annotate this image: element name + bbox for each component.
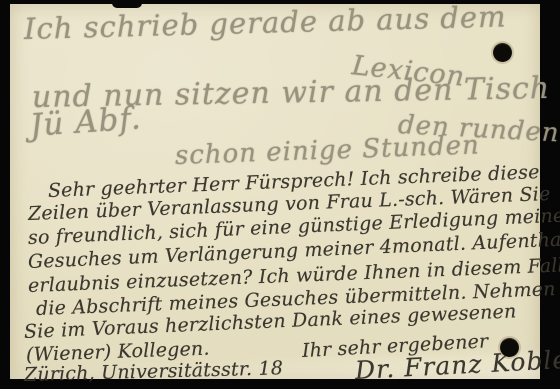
scan-background: Ich schrieb gerade ab aus dem Lexicon un… [0,0,560,389]
paper-notch [112,0,142,8]
punch-hole-bottom [500,338,519,357]
pencil-line-1: Ich schrieb gerade ab aus dem [24,0,507,46]
letter-paper: Ich schrieb gerade ab aus dem Lexicon un… [10,4,540,379]
pencil-line-4-left: Jü Abf. [29,100,143,144]
punch-hole-top [493,43,512,62]
